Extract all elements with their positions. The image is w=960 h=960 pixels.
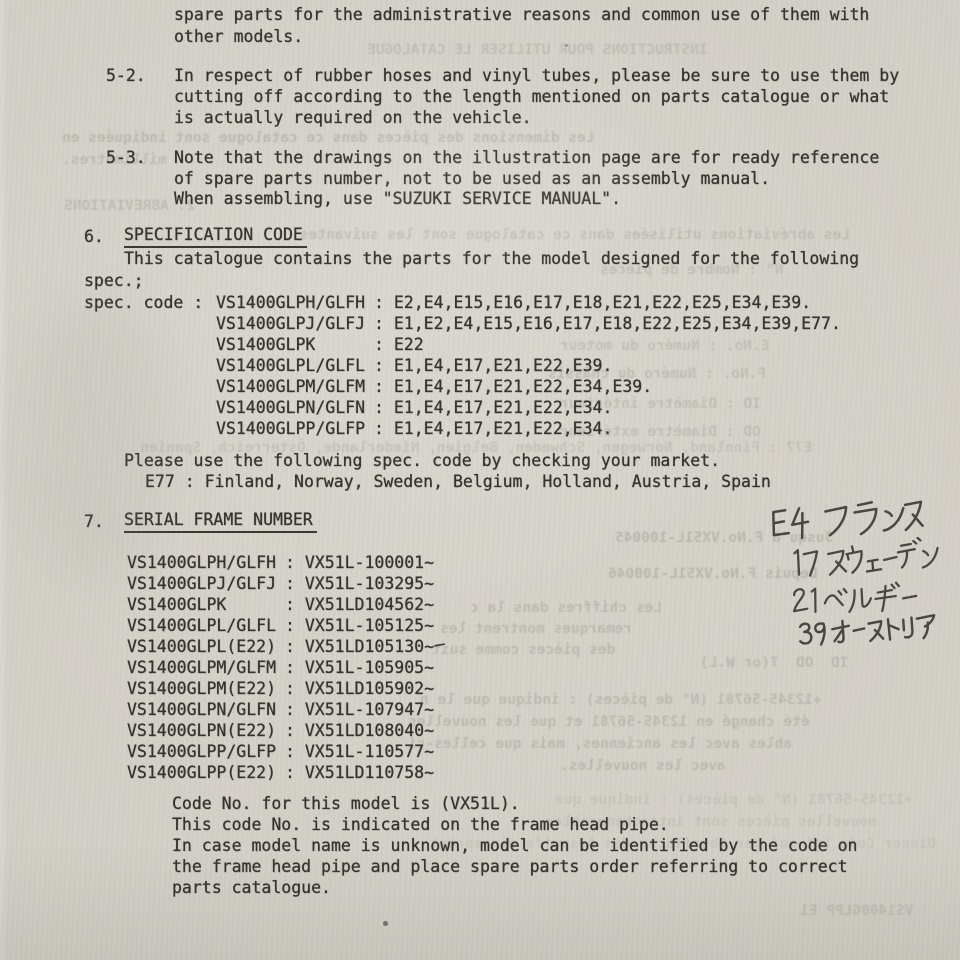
footer-line: This code No. is indicated on the frame … [172, 814, 669, 835]
serial-frame-row: VS1400GLPM/GLFM: VX51L-105905~ [127, 657, 434, 678]
bleedthrough-line: ID OD T(or W.L) [700, 655, 848, 671]
scan-speck [383, 921, 388, 926]
model-name: VS1400GLPP/GLFP [216, 418, 374, 439]
item-number-5-2: 5-2. [106, 65, 146, 86]
model-name: VS1400GLPH/GLFH [127, 552, 285, 573]
bleedthrough-line: des pièces comme suit [432, 642, 615, 658]
separator: : [374, 398, 394, 417]
bleedthrough-line: +12345-56781 (N° de pièces) : indique qu… [420, 692, 822, 708]
model-name: VS1400GLPK [216, 334, 374, 355]
separator: : [285, 553, 305, 572]
separator: : [285, 637, 305, 656]
section-6-title: SPECIFICATION CODE [124, 224, 307, 248]
spec-codes: E2,E4,E15,E16,E17,E18,E21,E22,E25,E34,E3… [394, 293, 811, 312]
model-name: VS1400GLPP/GLFP [127, 741, 285, 762]
separator: : [285, 763, 305, 782]
separator: : [285, 658, 305, 677]
bleedthrough-line: avec les nouvelles. [560, 758, 726, 774]
item-5-3-line: Note that the drawings on the illustrati… [174, 147, 879, 168]
bleedthrough-line: remarques montrent les [440, 621, 632, 637]
spec-code-label: spec. code : [84, 292, 203, 313]
bleedthrough-line: +12345-56781 (N° de pièces) : indique qu… [555, 792, 913, 808]
spec-codes: E1,E4,E17,E21,E22,E34. [394, 398, 613, 417]
serial-frame-row: VS1400GLPJ/GLFJ: VX51L-103295~ [127, 573, 434, 594]
spec-codes: E1,E4,E17,E21,E22,E34. [394, 419, 613, 438]
frame-number: VX51L-100001~ [305, 553, 434, 572]
item-5-3-line: When assembling, use "SUZUKI SERVICE MAN… [174, 188, 621, 209]
serial-frame-row: VS1400GLPM(E22): VX51LD105902~ [127, 678, 434, 699]
item-5-2-line: is actually required on the vehicle. [174, 107, 532, 128]
separator: : [374, 356, 394, 375]
serial-frame-row: VS1400GLPN(E22): VX51LD108040~ [127, 720, 434, 741]
frame-number: VX51LD105130~ [305, 637, 434, 656]
scan-speck [565, 44, 568, 47]
separator: : [285, 595, 305, 614]
bleedthrough-line: ables avec les anciennes, mais que celle… [408, 736, 792, 752]
spec-lead-line: spec.; [84, 270, 144, 291]
separator: : [374, 314, 394, 333]
serial-frame-row: VS1400GLPK: VX51LD104562~ [127, 594, 434, 615]
footer-line: In case model name is unknown, model can… [172, 835, 857, 856]
frame-number: VX51L-107947~ [305, 700, 434, 719]
spec-code-row: VS1400GLPH/GLFH: E2,E4,E15,E16,E17,E18,E… [216, 292, 811, 313]
model-name: VS1400GLPJ/GLFJ [216, 313, 374, 334]
separator: : [285, 700, 305, 719]
section-6-number: 6. [84, 226, 104, 247]
bleedthrough-line: Depuis F.No.VX51L-100046 [608, 566, 818, 582]
spec-code-row: VS1400GLPJ/GLFJ: E1,E2,E4,E15,E16,E17,E1… [216, 313, 841, 334]
model-name: VS1400GLPL(E22) [127, 636, 285, 657]
model-name: VS1400GLPJ/GLFJ [127, 573, 285, 594]
model-name: VS1400GLPK [127, 594, 285, 615]
spec-codes: E1,E2,E4,E15,E16,E17,E18,E22,E25,E34,E39… [394, 314, 841, 333]
section-7-title: SERIAL FRAME NUMBER [124, 509, 317, 533]
section-7-title-text: SERIAL FRAME NUMBER [124, 509, 317, 533]
serial-frame-row: VS1400GLPL(E22): VX51LD105130~ [127, 636, 434, 657]
bleedthrough-line: Les abréviations utilisées dans ce catal… [300, 227, 850, 243]
footer-line: the frame head pipe and place spare part… [172, 856, 848, 877]
intro-line: spare parts for the administrative reaso… [174, 4, 869, 25]
item-5-2-line: cutting off according to the length ment… [174, 86, 889, 107]
separator: : [374, 377, 394, 396]
spec-note-line: Please use the following spec. code by c… [124, 450, 720, 471]
spec-codes: E1,E4,E17,E21,E22,E39. [394, 356, 613, 375]
separator: : [285, 742, 305, 761]
section-7-number: 7. [84, 511, 104, 532]
separator: : [285, 616, 305, 635]
separator: : [374, 293, 394, 312]
model-name: VS1400GLPN/GLFN [216, 397, 374, 418]
model-name: VS1400GLPN(E22) [127, 720, 285, 741]
model-name: VS1400GLPH/GLFH [216, 292, 374, 313]
serial-frame-row: VS1400GLPN/GLFN: VX51L-107947~ [127, 699, 434, 720]
item-5-2-line: In respect of rubber hoses and vinyl tub… [174, 65, 899, 86]
scanned-page: INSTRUCTIONS POUR UTILISER LE CATALOGUE … [0, 0, 960, 960]
frame-number: VX51LD108040~ [305, 721, 434, 740]
model-name: VS1400GLPM/GLFM [216, 376, 374, 397]
model-name: VS1400GLPL/GLFL [216, 355, 374, 376]
footer-line: Code No. for this model is (VX51L). [172, 793, 520, 814]
frame-number: VX51L-105125~ [305, 616, 434, 635]
spec-lead-line: This catalogue contains the parts for th… [124, 248, 859, 269]
spec-code-row: VS1400GLPN/GLFN: E1,E4,E17,E21,E22,E34. [216, 397, 612, 418]
intro-line: other models. [174, 26, 303, 47]
frame-number: VX51L-103295~ [305, 574, 434, 593]
serial-frame-row: VS1400GLPP/GLFP: VX51L-110577~ [127, 741, 434, 762]
model-name: VS1400GLPM/GLFM [127, 657, 285, 678]
bleedthrough-line: VS1400GLPP E1 [800, 903, 914, 919]
footer-line: parts catalogue. [172, 877, 331, 898]
spec-codes: E22 [394, 335, 424, 354]
model-name: VS1400GLPM(E22) [127, 678, 285, 699]
model-name: VS1400GLPN/GLFN [127, 699, 285, 720]
serial-frame-row: VS1400GLPL/GLFL: VX51L-105125~ [127, 615, 434, 636]
separator: : [374, 335, 394, 354]
bleedthrough-line: INSTRUCTIONS POUR UTILISER LE CATALOGUE [367, 42, 707, 58]
serial-frame-row: VS1400GLPH/GLFH: VX51L-100001~ [127, 552, 434, 573]
spec-code-row: VS1400GLPK: E22 [216, 334, 424, 355]
model-name: VS1400GLPP(E22) [127, 762, 285, 783]
model-name: VS1400GLPL/GLFL [127, 615, 285, 636]
separator: : [285, 721, 305, 740]
section-6-title-text: SPECIFICATION CODE [124, 224, 307, 248]
separator: : [285, 574, 305, 593]
spec-code-row: VS1400GLPP/GLFP: E1,E4,E17,E21,E22,E34. [216, 418, 612, 439]
frame-number: VX51L-105905~ [305, 658, 434, 677]
bleedthrough-line: été changé en 12345-56781 et que les nou… [408, 714, 810, 730]
separator: : [374, 419, 394, 438]
spec-codes: E1,E4,E17,E21,E22,E34,E39. [394, 377, 652, 396]
item-5-3-line: of spare parts number, not to be used as… [174, 168, 770, 189]
spec-e77-line: E77 : Finland, Norway, Sweden, Belgium, … [145, 471, 771, 492]
frame-number: VX51LD110758~ [305, 763, 434, 782]
spec-code-row: VS1400GLPM/GLFM: E1,E4,E17,E21,E22,E34,E… [216, 376, 652, 397]
frame-number: VX51LD104562~ [305, 595, 434, 614]
frame-number: VX51L-110577~ [305, 742, 434, 761]
frame-number: VX51LD105902~ [305, 679, 434, 698]
bleedthrough-line: Les chiffres dans la c [470, 600, 662, 616]
serial-frame-row: VS1400GLPP(E22): VX51LD110758~ [127, 762, 434, 783]
item-number-5-3: 5-3. [106, 147, 146, 168]
bleedthrough-line: Les dimensions des pièces dans ce catalo… [62, 130, 595, 146]
bleedthrough-line: E.No. : Numéro du moteur [560, 338, 770, 354]
separator: : [285, 679, 305, 698]
spec-code-row: VS1400GLPL/GLFL: E1,E4,E17,E21,E22,E39. [216, 355, 612, 376]
